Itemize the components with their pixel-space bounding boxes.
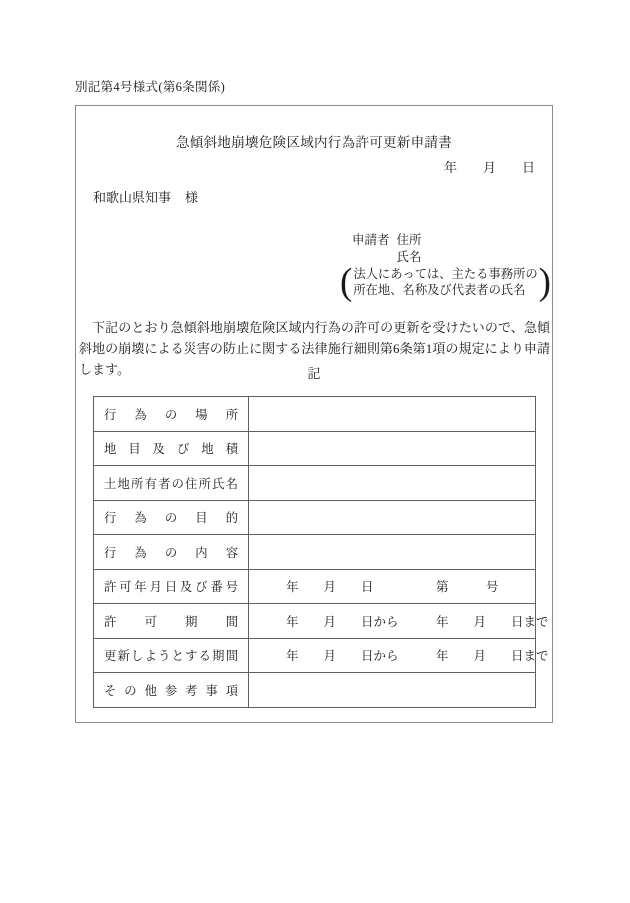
row-label: その他参考事項 (94, 673, 249, 708)
table-row: 行為の内容 (94, 535, 536, 570)
form-table-body: 行為の場所地目及び地積土地所有者の住所氏名行為の目的行為の内容許可年月日及び番号… (94, 397, 536, 708)
table-row: 土地所有者の住所氏名 (94, 466, 536, 501)
row-value: 年 月 日 第 号 (249, 569, 536, 604)
row-label: 許可年月日及び番号 (94, 569, 249, 604)
row-label: 行為の内容 (94, 535, 249, 570)
row-value (249, 500, 536, 535)
corporate-note-line1: 法人にあっては、主たる事務所の (353, 267, 537, 283)
row-label: 土地所有者の住所氏名 (94, 466, 249, 501)
row-label: 行為の目的 (94, 500, 249, 535)
row-value (249, 397, 536, 432)
addressee-name: 和歌山県知事 (93, 187, 171, 206)
application-detail-table: 行為の場所地目及び地積土地所有者の住所氏名行為の目的行為の内容許可年月日及び番号… (93, 396, 536, 708)
form-border-box: 急傾斜地崩壊危険区域内行為許可更新申請書 年 月 日 和歌山県知事 様 申請者 … (75, 105, 553, 723)
row-value (249, 535, 536, 570)
row-label: 行為の場所 (94, 397, 249, 432)
row-value (249, 673, 536, 708)
table-row: その他参考事項 (94, 673, 536, 708)
addressee-honorific: 様 (185, 187, 198, 206)
corporate-note-line2: 所在地、名称及び代表者の氏名 (353, 283, 537, 299)
applicant-label: 申請者 (352, 232, 390, 266)
row-label: 地目及び地積 (94, 431, 249, 466)
form-title: 急傾斜地崩壊危険区域内行為許可更新申請書 (76, 131, 552, 151)
table-row: 更新しようとする期間年 月 日から 年 月 日まで (94, 638, 536, 673)
table-row: 行為の目的 (94, 500, 536, 535)
applicant-address-label: 住所 (397, 232, 422, 249)
applicant-fields: 住所 氏名 (397, 232, 422, 266)
row-label: 許可期間 (94, 604, 249, 639)
addressee-line: 和歌山県知事 様 (93, 187, 198, 206)
row-value (249, 466, 536, 501)
record-label: 記 (76, 363, 552, 382)
table-row: 地目及び地積 (94, 431, 536, 466)
form-code-label: 別記第4号様式(第6条関係) (75, 77, 225, 95)
corporate-note-text: 法人にあっては、主たる事務所の 所在地、名称及び代表者の氏名 (352, 267, 538, 298)
close-paren-glyph: ) (539, 264, 551, 302)
applicant-block: 申請者 住所 氏名 (352, 232, 422, 266)
application-date-line: 年 月 日 (444, 157, 535, 176)
table-row: 許可年月日及び番号年 月 日 第 号 (94, 569, 536, 604)
table-row: 許可期間年 月 日から 年 月 日まで (94, 604, 536, 639)
row-label: 更新しようとする期間 (94, 638, 249, 673)
row-value: 年 月 日から 年 月 日まで (249, 638, 536, 673)
document-page: 別記第4号様式(第6条関係) 急傾斜地崩壊危険区域内行為許可更新申請書 年 月 … (0, 0, 630, 903)
row-value (249, 431, 536, 466)
open-paren-glyph: ( (340, 264, 352, 302)
row-value: 年 月 日から 年 月 日まで (249, 604, 536, 639)
corporate-note: ( 法人にあっては、主たる事務所の 所在地、名称及び代表者の氏名 ) (340, 264, 551, 301)
table-row: 行為の場所 (94, 397, 536, 432)
